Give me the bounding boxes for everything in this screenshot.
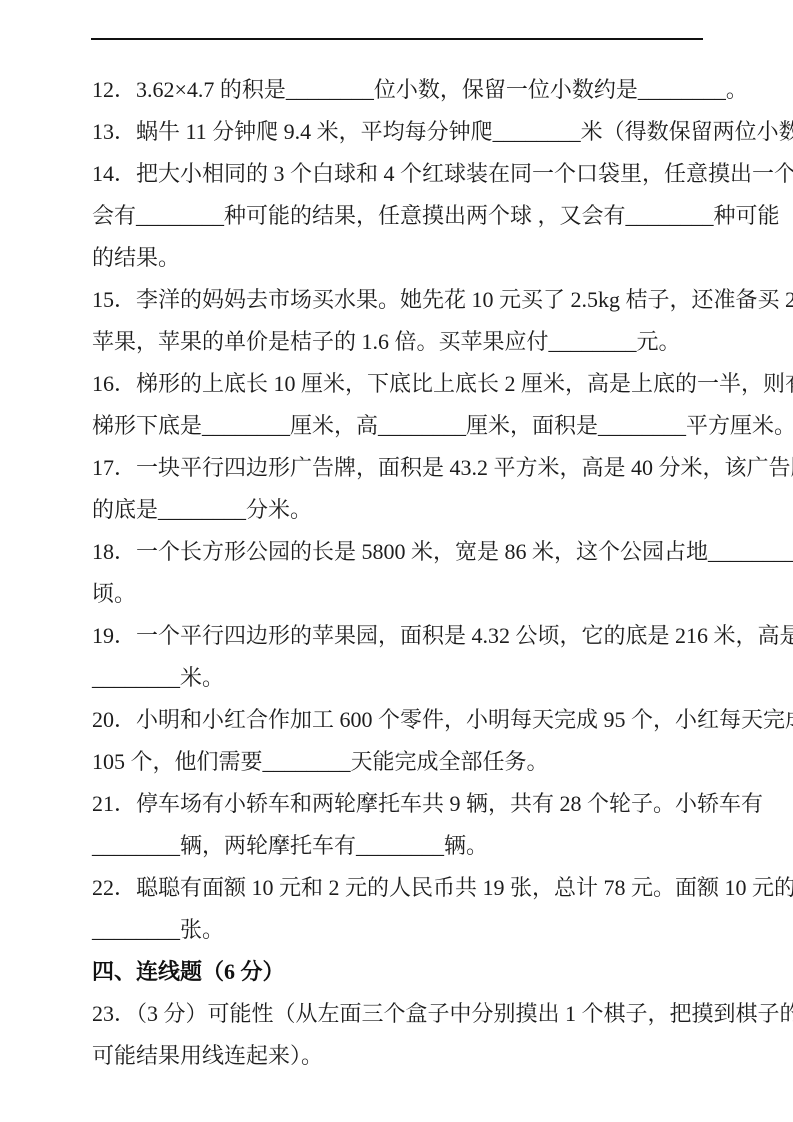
question-17-line-2: 的底是________分米。 [92, 489, 712, 531]
question-22-line-1: 22．聪聪有面额 10 元和 2 元的人民币共 19 张，总计 78 元。面额 … [92, 867, 712, 909]
question-15-line-2: 苹果，苹果的单价是桔子的 1.6 倍。买苹果应付________元。 [92, 321, 712, 363]
question-16-line-2: 梯形下底是________厘米，高________厘米，面积是________平… [92, 405, 712, 447]
section-4-heading: 四、连线题（6 分） [92, 951, 712, 993]
worksheet-page: 12．3.62×4.7 的积是________位小数，保留一位小数约是_____… [0, 0, 793, 1122]
question-23-line-2: 可能结果用线连起来）。 [92, 1035, 712, 1077]
question-18-line-1: 18．一个长方形公园的长是 5800 米，宽是 86 米，这个公园占地_____… [92, 531, 712, 573]
question-17-line-1: 17．一块平行四边形广告牌，面积是 43.2 平方米，高是 40 分米，该广告牌 [92, 447, 712, 489]
question-16-line-1: 16．梯形的上底长 10 厘米，下底比上底长 2 厘米，高是上底的一半，则有 [92, 363, 712, 405]
question-20-line-2: 105 个，他们需要________天能完成全部任务。 [92, 741, 712, 783]
question-19-line-1: 19．一个平行四边形的苹果园，面积是 4.32 公顷，它的底是 216 米，高是 [92, 615, 712, 657]
question-20-line-1: 20．小明和小红合作加工 600 个零件，小明每天完成 95 个，小红每天完成 [92, 699, 712, 741]
question-22-line-2: ________张。 [92, 909, 712, 951]
question-15-line-1: 15．李洋的妈妈去市场买水果。她先花 10 元买了 2.5kg 桔子，还准备买 … [92, 279, 712, 321]
question-14-line-2: 会有________种可能的结果，任意摸出两个球 ，又会有________种可能 [92, 195, 712, 237]
question-14-line-3: 的结果。 [92, 237, 712, 279]
worksheet-body: 12．3.62×4.7 的积是________位小数，保留一位小数约是_____… [92, 69, 712, 1077]
question-14-line-1: 14．把大小相同的 3 个白球和 4 个红球装在同一个口袋里，任意摸出一个球， [92, 153, 712, 195]
question-21-line-2: ________辆，两轮摩托车有________辆。 [92, 825, 712, 867]
question-13-line-1: 13．蜗牛 11 分钟爬 9.4 米，平均每分钟爬________米（得数保留两… [92, 111, 712, 153]
question-19-line-2: ________米。 [92, 657, 712, 699]
question-23-line-1: 23．（3 分）可能性（从左面三个盒子中分别摸出 1 个棋子，把摸到棋子的 [92, 993, 712, 1035]
question-21-line-1: 21．停车场有小轿车和两轮摩托车共 9 辆，共有 28 个轮子。小轿车有 [92, 783, 712, 825]
question-12-line-1: 12．3.62×4.7 的积是________位小数，保留一位小数约是_____… [92, 69, 712, 111]
header-divider-rule [91, 38, 703, 40]
question-18-line-2: 顷。 [92, 573, 712, 615]
